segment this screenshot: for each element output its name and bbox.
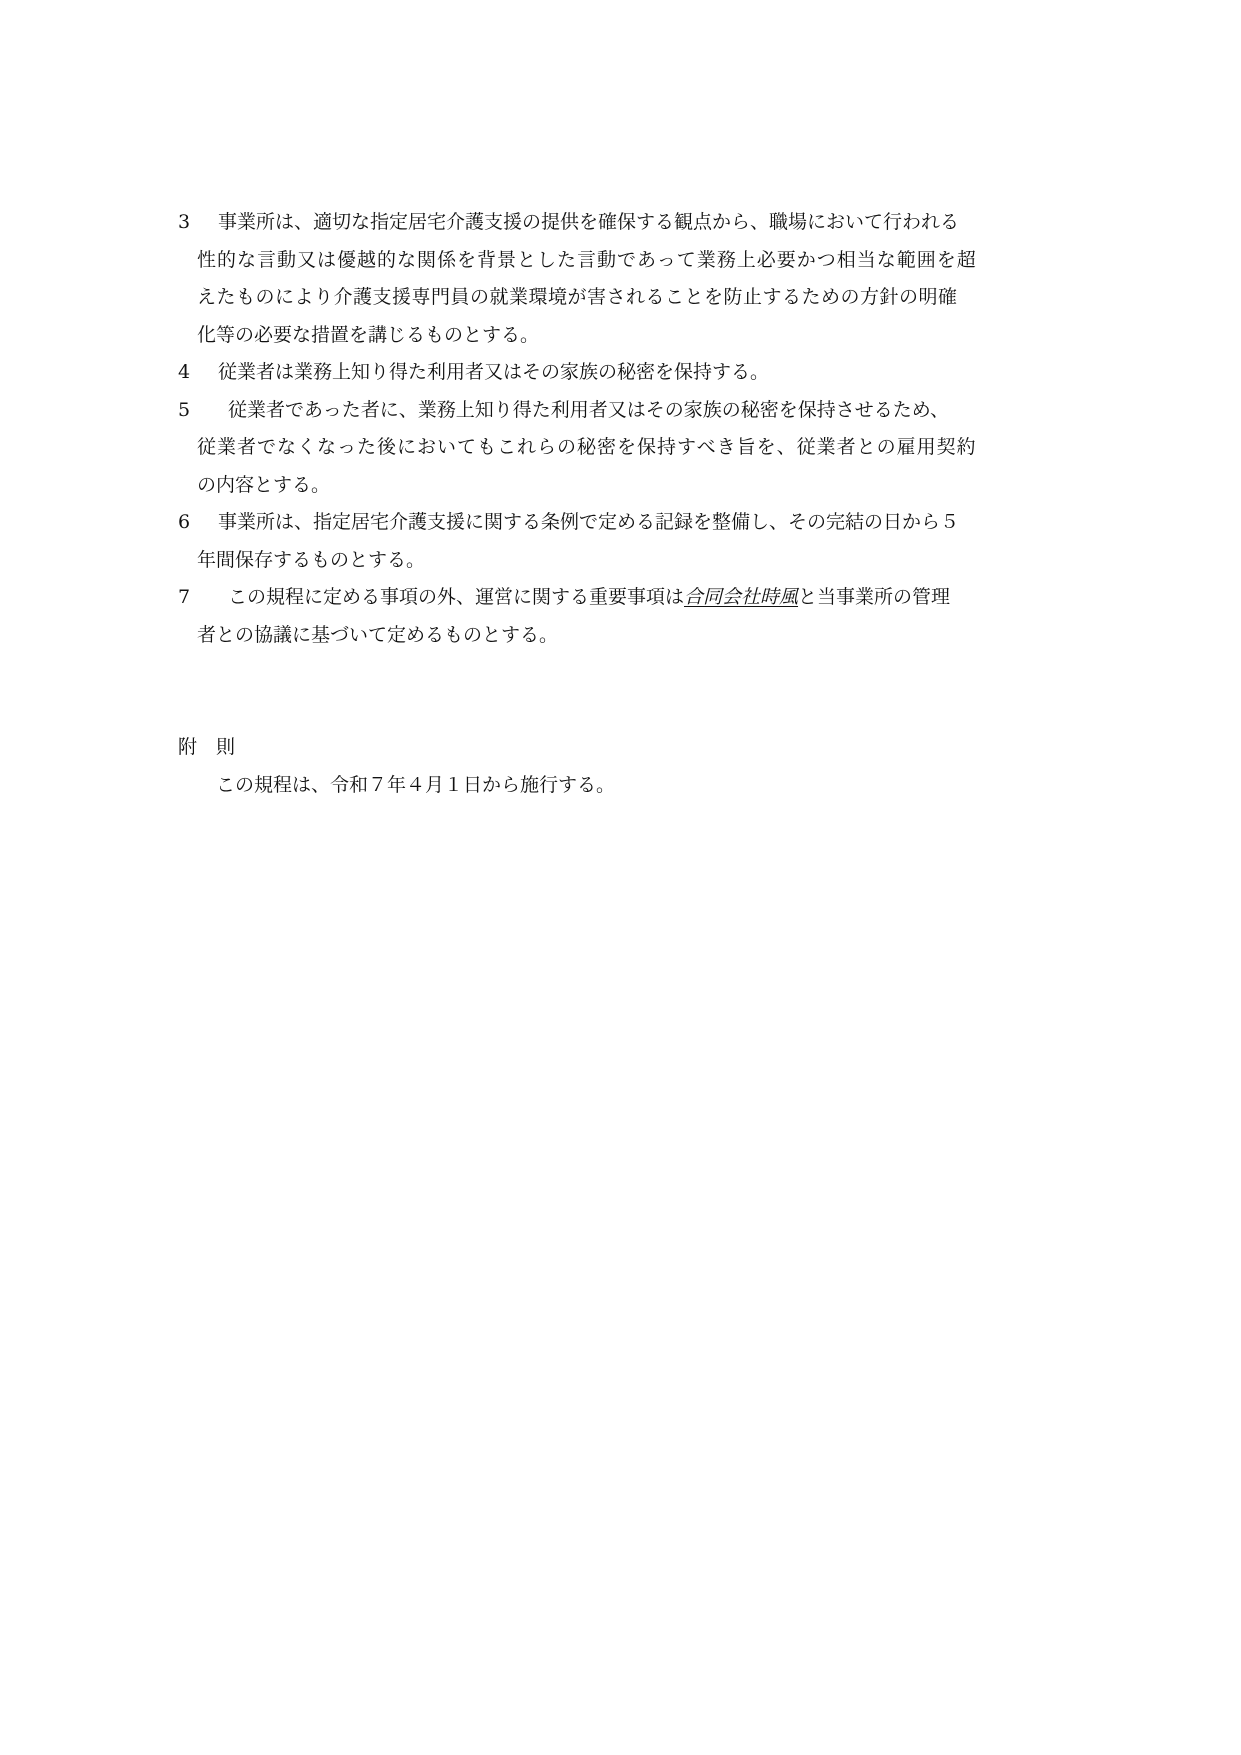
clause-3-line-2: 性的な言動又は優越的な関係を背景とした言動であって業務上必要かつ相当な範囲を超 [197,242,978,280]
clause-4-number: 4 [178,354,218,392]
clause-4-line-1: 4従業者は業務上知り得た利用者又はその家族の秘密を保持する。 [178,354,978,392]
document-content: 3事業所は、適切な指定居宅介護支援の提供を確保する観点から、職場において行われる… [178,204,978,804]
clause-6-line-2: 年間保存するものとする。 [197,542,978,580]
clause-3-line-3: えたものにより介護支援専門員の就業環境が害されることを防止するための方針の明確 [197,279,978,317]
appendix: 附 則 この規程は、令和７年４月１日から施行する。 [178,729,978,804]
document-page: 3事業所は、適切な指定居宅介護支援の提供を確保する観点から、職場において行われる… [0,0,1241,1755]
clause-7-text-after-company: と当事業所の管理 [798,586,950,608]
clause-5-number: 5 [178,392,228,430]
clause-5-line-1: 5従業者であった者に、業務上知り得た利用者又はその家族の秘密を保持させるため、 [178,392,978,430]
clause-5-line-2: 従業者でなくなった後においてもこれらの秘密を保持すべき旨を、従業者との雇用契約 [197,429,978,467]
clause-7-text-before-company: この規程に定める事項の外、運営に関する重要事項は [228,586,684,608]
clause-6: 6事業所は、指定居宅介護支援に関する条例で定める記録を整備し、その完結の日から５… [178,504,978,579]
clause-4: 4従業者は業務上知り得た利用者又はその家族の秘密を保持する。 [178,354,978,392]
clause-5: 5従業者であった者に、業務上知り得た利用者又はその家族の秘密を保持させるため、 … [178,392,978,505]
clause-7-line-2: 者との協議に基づいて定めるものとする。 [197,617,978,655]
clause-6-line-1: 6事業所は、指定居宅介護支援に関する条例で定める記録を整備し、その完結の日から５ [178,504,978,542]
clause-3: 3事業所は、適切な指定居宅介護支援の提供を確保する観点から、職場において行われる… [178,204,978,354]
clause-3-number: 3 [178,204,218,242]
clause-7-line-1: 7この規程に定める事項の外、運営に関する重要事項は合同会社時風と当事業所の管理 [178,579,978,617]
appendix-body: この規程は、令和７年４月１日から施行する。 [216,767,978,805]
clause-3-line-4: 化等の必要な措置を講じるものとする。 [197,317,978,355]
clause-6-number: 6 [178,504,218,542]
clause-3-text: 事業所は、適切な指定居宅介護支援の提供を確保する観点から、職場において行われる [218,211,959,233]
clause-6-text: 事業所は、指定居宅介護支援に関する条例で定める記録を整備し、その完結の日から５ [218,511,959,533]
clause-3-line-1: 3事業所は、適切な指定居宅介護支援の提供を確保する観点から、職場において行われる [178,204,978,242]
clause-5-line-3: の内容とする。 [197,467,978,505]
appendix-heading: 附 則 [178,729,978,767]
clause-5-text: 従業者であった者に、業務上知り得た利用者又はその家族の秘密を保持させるため、 [228,399,949,421]
company-name: 合同会社時風 [684,586,798,608]
clause-4-text: 従業者は業務上知り得た利用者又はその家族の秘密を保持する。 [218,361,769,383]
clause-7: 7この規程に定める事項の外、運営に関する重要事項は合同会社時風と当事業所の管理 … [178,579,978,654]
clause-7-number: 7 [178,579,228,617]
